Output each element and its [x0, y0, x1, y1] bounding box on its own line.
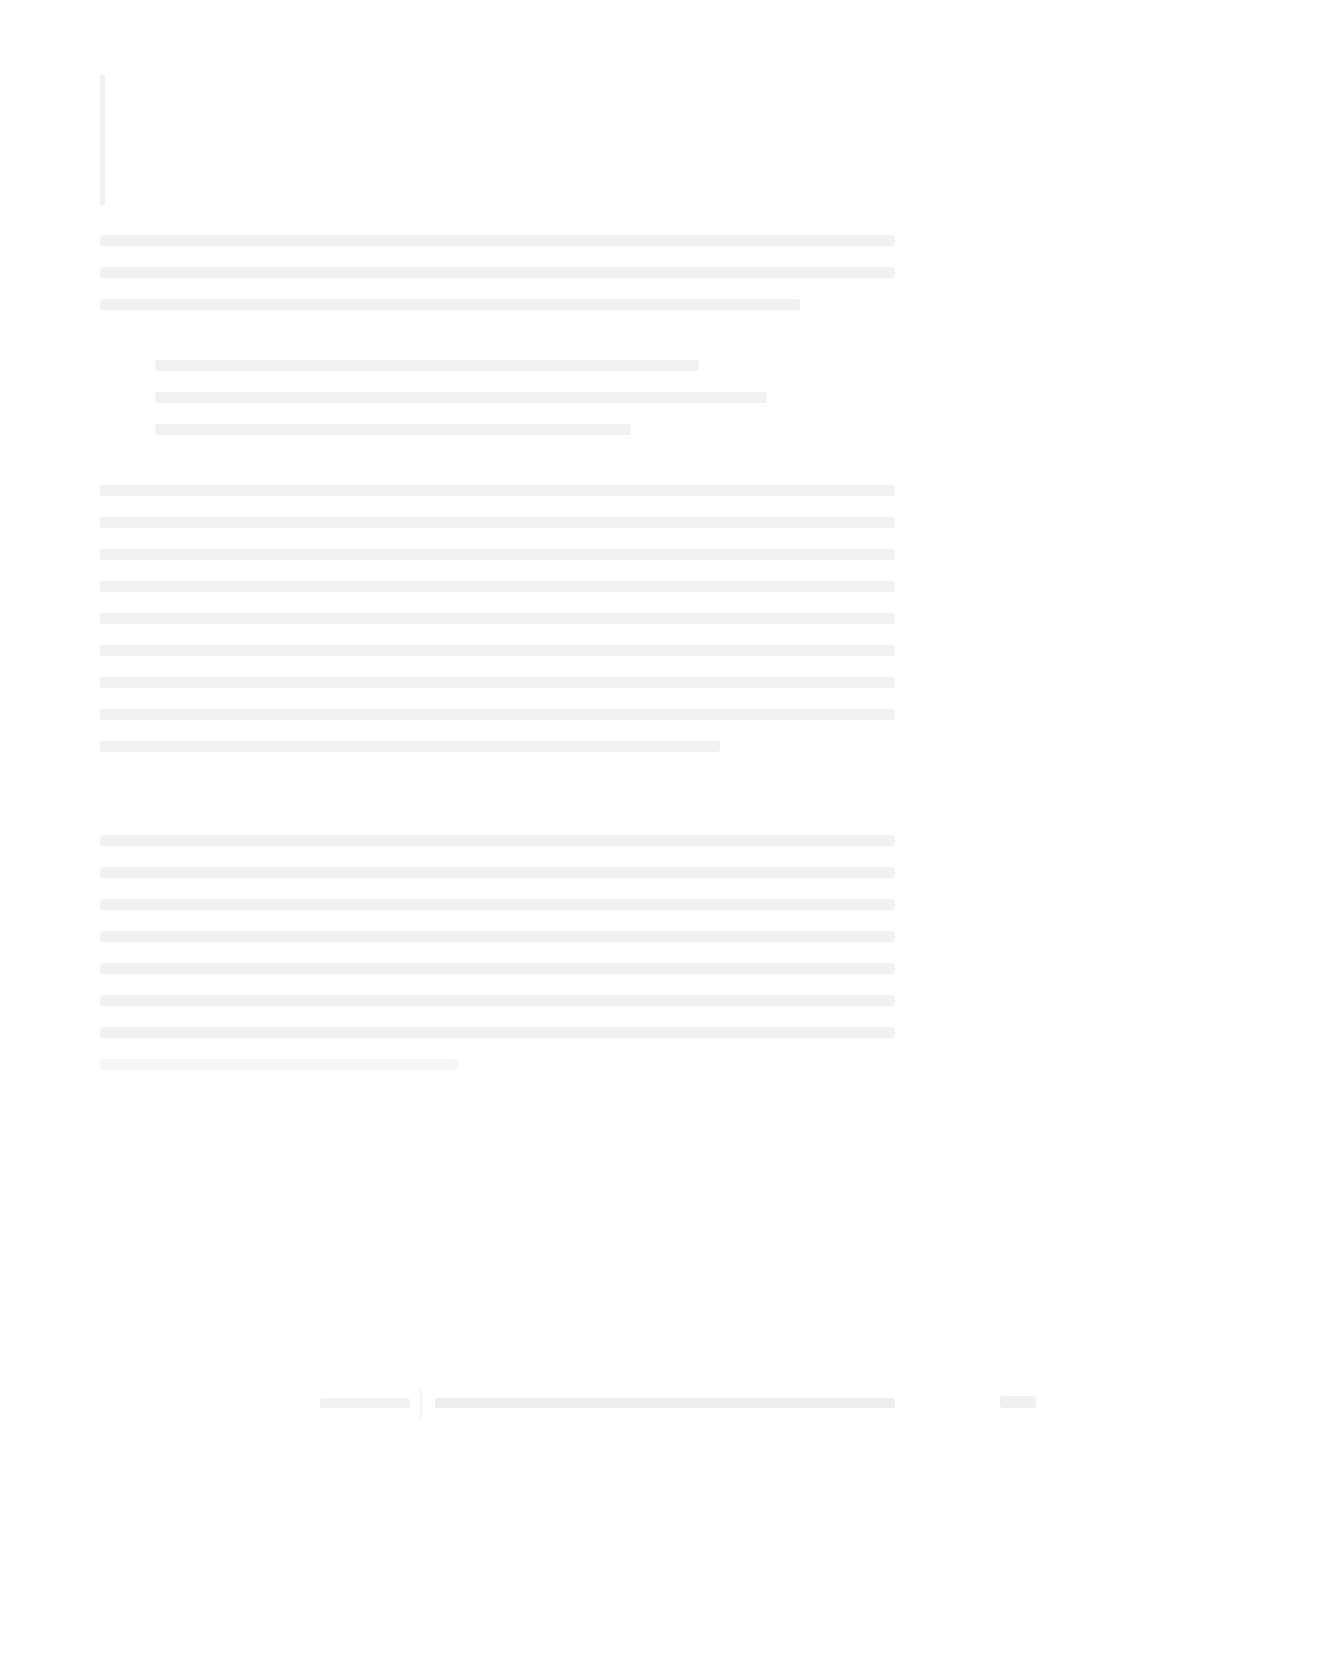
margin-rule: [100, 75, 105, 205]
paragraph-3: [100, 835, 895, 1091]
paragraph-2: [100, 485, 895, 773]
running-head-label: [320, 1398, 410, 1408]
running-head-title: [435, 1398, 895, 1408]
bullet-list: [155, 360, 835, 456]
paragraph-1: [100, 235, 895, 331]
page-footer: [320, 1390, 1040, 1420]
page-number: [1000, 1396, 1036, 1408]
footer-divider: [420, 1390, 422, 1418]
